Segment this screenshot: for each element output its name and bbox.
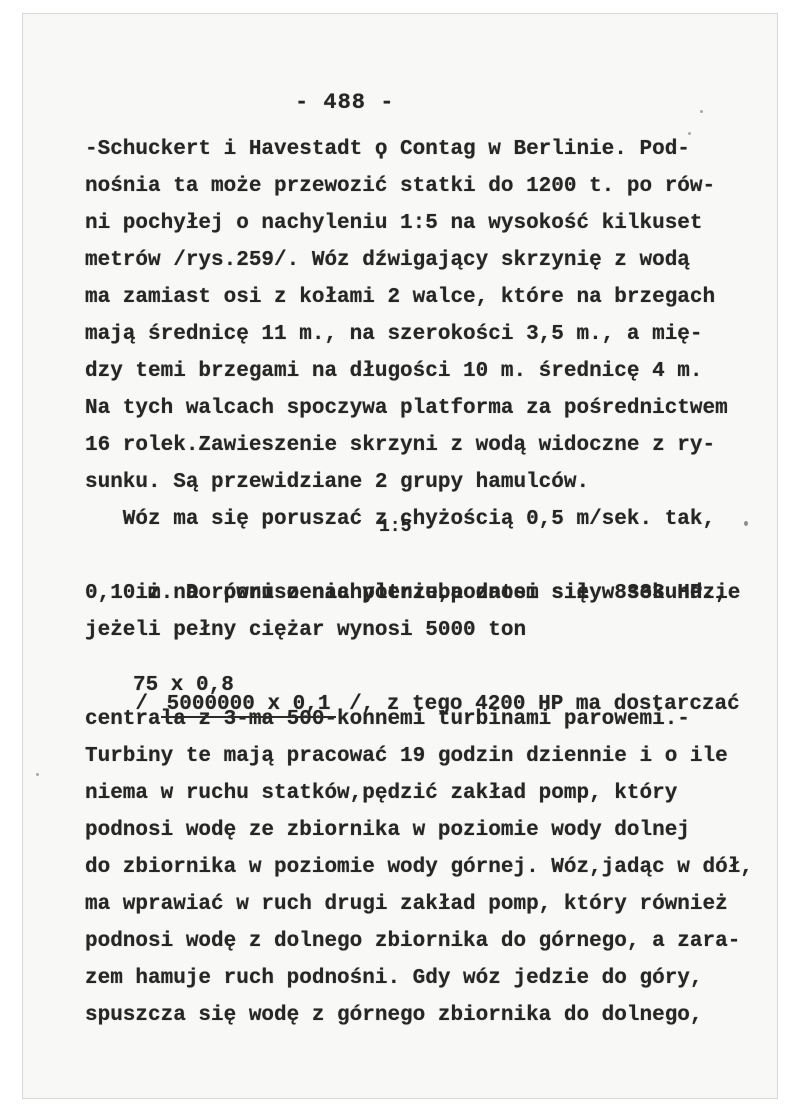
body-line: jeżeli pełny ciężar wynosi 5000 ton bbox=[85, 612, 785, 649]
scan-speck bbox=[688, 132, 691, 135]
body-line: Wóz ma się poruszać z chyżością 0,5 m/se… bbox=[85, 501, 785, 538]
body-line-with-insertion: 1:5iż na równi o nachyleniu,podnosi się … bbox=[85, 538, 785, 575]
body-line: zem hamuje ruch podnośni. Gdy wóz jedzie… bbox=[85, 960, 785, 997]
body-line: -Schuckert i Havestadt ϙ Contag w Berlin… bbox=[85, 131, 785, 168]
interlinear-insertion: 1:5 bbox=[379, 518, 411, 536]
body-line: metrów /rys.259/. Wóz dźwigający skrzyni… bbox=[85, 242, 785, 279]
body-line: Na tych walcach spoczywa platforma za po… bbox=[85, 390, 785, 427]
body-line: podnosi wodę ze zbiornika w poziomie wod… bbox=[85, 812, 785, 849]
fraction-denominator: 75 x 0,8 bbox=[133, 675, 234, 696]
scan-speck bbox=[36, 773, 39, 776]
fraction-tail-text: /, z tego 4200 HP ma dostarczać bbox=[336, 693, 739, 716]
fraction-line: / 5000000 x 0,1 /, z tego 4200 HP ma dos… bbox=[85, 649, 785, 686]
body-line: podnosi wodę z dolnego zbiornika do górn… bbox=[85, 923, 785, 960]
scan-speck bbox=[700, 110, 703, 113]
body-line: sunku. Są przewidziane 2 grupy hamulców. bbox=[85, 464, 785, 501]
body-line: mają średnicę 11 m., na szerokości 3,5 m… bbox=[85, 316, 785, 353]
body-line: spuszcza się wodę z górnego zbiornika do… bbox=[85, 997, 785, 1034]
body-line: 16 rolek.Zawieszenie skrzyni z wodą wido… bbox=[85, 427, 785, 464]
body-line: dzy temi brzegami na długości 10 m. śred… bbox=[85, 353, 785, 390]
body-line: do zbiornika w poziomie wody górnej. Wóz… bbox=[85, 849, 785, 886]
body-line-text: iż na równi o nachyleniu,podnosi się w s… bbox=[135, 582, 740, 605]
body-line: ni pochyłej o nachyleniu 1:5 na wysokość… bbox=[85, 205, 785, 242]
body-line: nośnia ta może przewozić statki do 1200 … bbox=[85, 168, 785, 205]
body-line: Turbiny te mają pracować 19 godzin dzien… bbox=[85, 738, 785, 775]
body-line: niema w ruchu statków,pędzić zakład pomp… bbox=[85, 775, 785, 812]
scanned-document-page: { "page": { "number_heading": "- 488 -",… bbox=[0, 0, 800, 1107]
body-line: ma wprawiać w ruch drugi zakład pomp, kt… bbox=[85, 886, 785, 923]
scan-speck bbox=[744, 521, 748, 526]
document-body: -Schuckert i Havestadt ϙ Contag w Berlin… bbox=[85, 131, 785, 1034]
page-number: - 488 - bbox=[295, 90, 394, 115]
body-line: ma zamiast osi z kołami 2 walce, które n… bbox=[85, 279, 785, 316]
